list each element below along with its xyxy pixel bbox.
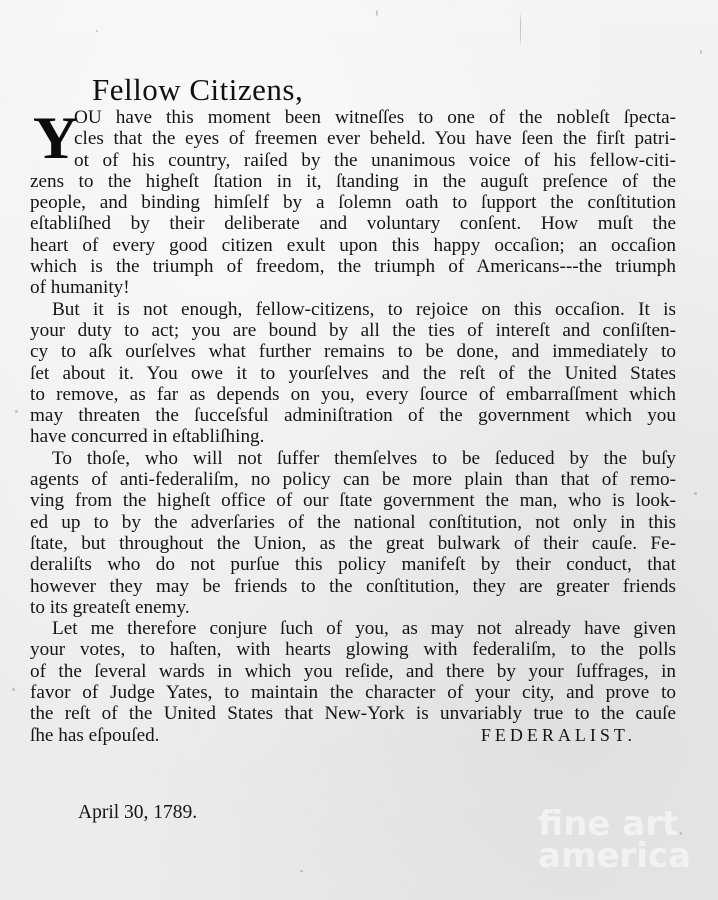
paragraph-4: Let me therefore conjure ſuch of you, as… xyxy=(30,618,676,746)
text-line: which is the triumph of freedom, the tri… xyxy=(30,256,676,277)
paper-speck xyxy=(680,832,682,835)
paper-speck xyxy=(300,870,303,872)
text-line: have concurred in eſtabliſhing. xyxy=(30,426,676,447)
text-line: agents of anti-federaliſm, no policy can… xyxy=(30,469,676,490)
text-line: to its greateſt enemy. xyxy=(30,597,676,618)
text-line: to remove, as far as depends on you, eve… xyxy=(30,384,676,405)
paper-speck xyxy=(520,14,521,44)
text-line: ed up to by the adverſaries of the natio… xyxy=(30,512,676,533)
text-line: But it is not enough, fellow-citizens, t… xyxy=(30,299,676,320)
closing-row: ſhe has eſpouſed. FEDERALIST. xyxy=(30,725,676,746)
text-line: may threaten the ſucceſsful adminiſtrati… xyxy=(30,405,676,426)
text-line: OU have this moment been witneſſes to on… xyxy=(30,107,676,128)
document-date: April 30, 1789. xyxy=(78,802,197,824)
text-line: heart of every good citizen exult upon t… xyxy=(30,235,676,256)
text-line: Let me therefore conjure ſuch of you, as… xyxy=(30,618,676,639)
text-line: cy to aſk ourſelves what further remains… xyxy=(30,341,676,362)
paper-speck xyxy=(96,30,98,32)
text-line: ot of his country, raiſed by the unanimo… xyxy=(30,150,676,171)
paragraph-2: But it is not enough, fellow-citizens, t… xyxy=(30,299,676,448)
text-line: the reſt of the United States that New-Y… xyxy=(30,703,676,724)
text-line: cles that the eyes of freemen ever behel… xyxy=(30,128,676,149)
text-line: ving from the higheſt office of our ſtat… xyxy=(30,490,676,511)
paper-speck xyxy=(700,50,702,54)
paper-speck xyxy=(376,10,378,16)
text-line: favor of Judge Yates, to maintain the ch… xyxy=(30,682,676,703)
text-line: your duty to act; you are bound by all t… xyxy=(30,320,676,341)
paragraph-3: To thoſe, who will not ſuffer themſelves… xyxy=(30,448,676,618)
text-line: people, and binding himſelf by a ſolemn … xyxy=(30,192,676,213)
text-line: To thoſe, who will not ſuffer themſelves… xyxy=(30,448,676,469)
text-line: ſet about it. You owe it to yourſelves a… xyxy=(30,363,676,384)
text-line: however they may be friends to the conſt… xyxy=(30,576,676,597)
signature: FEDERALIST. xyxy=(481,725,636,746)
text-line: ſtate, but throughout the Union, as the … xyxy=(30,533,676,554)
text-line: your votes, to haſten, with hearts glowi… xyxy=(30,639,676,660)
text-line: eſtabliſhed by their deliberate and volu… xyxy=(30,213,676,234)
paper-speck xyxy=(15,410,18,413)
text-line: deraliſts who do not purſue this policy … xyxy=(30,554,676,575)
paragraph-1: OU have this moment been witneſſes to on… xyxy=(30,107,676,299)
paper-speck xyxy=(694,492,697,495)
paper-speck xyxy=(12,688,15,691)
document-title: Fellow Citizens, xyxy=(92,72,303,108)
text-line: zens to the higheſt ſtation in it, ſtand… xyxy=(30,171,676,192)
document-body: OU have this moment been witneſſes to on… xyxy=(30,107,676,746)
text-line: ſhe has eſpouſed. xyxy=(30,725,159,746)
text-line: of the ſeveral wards in which you reſide… xyxy=(30,661,676,682)
text-line: of humanity! xyxy=(30,277,676,298)
